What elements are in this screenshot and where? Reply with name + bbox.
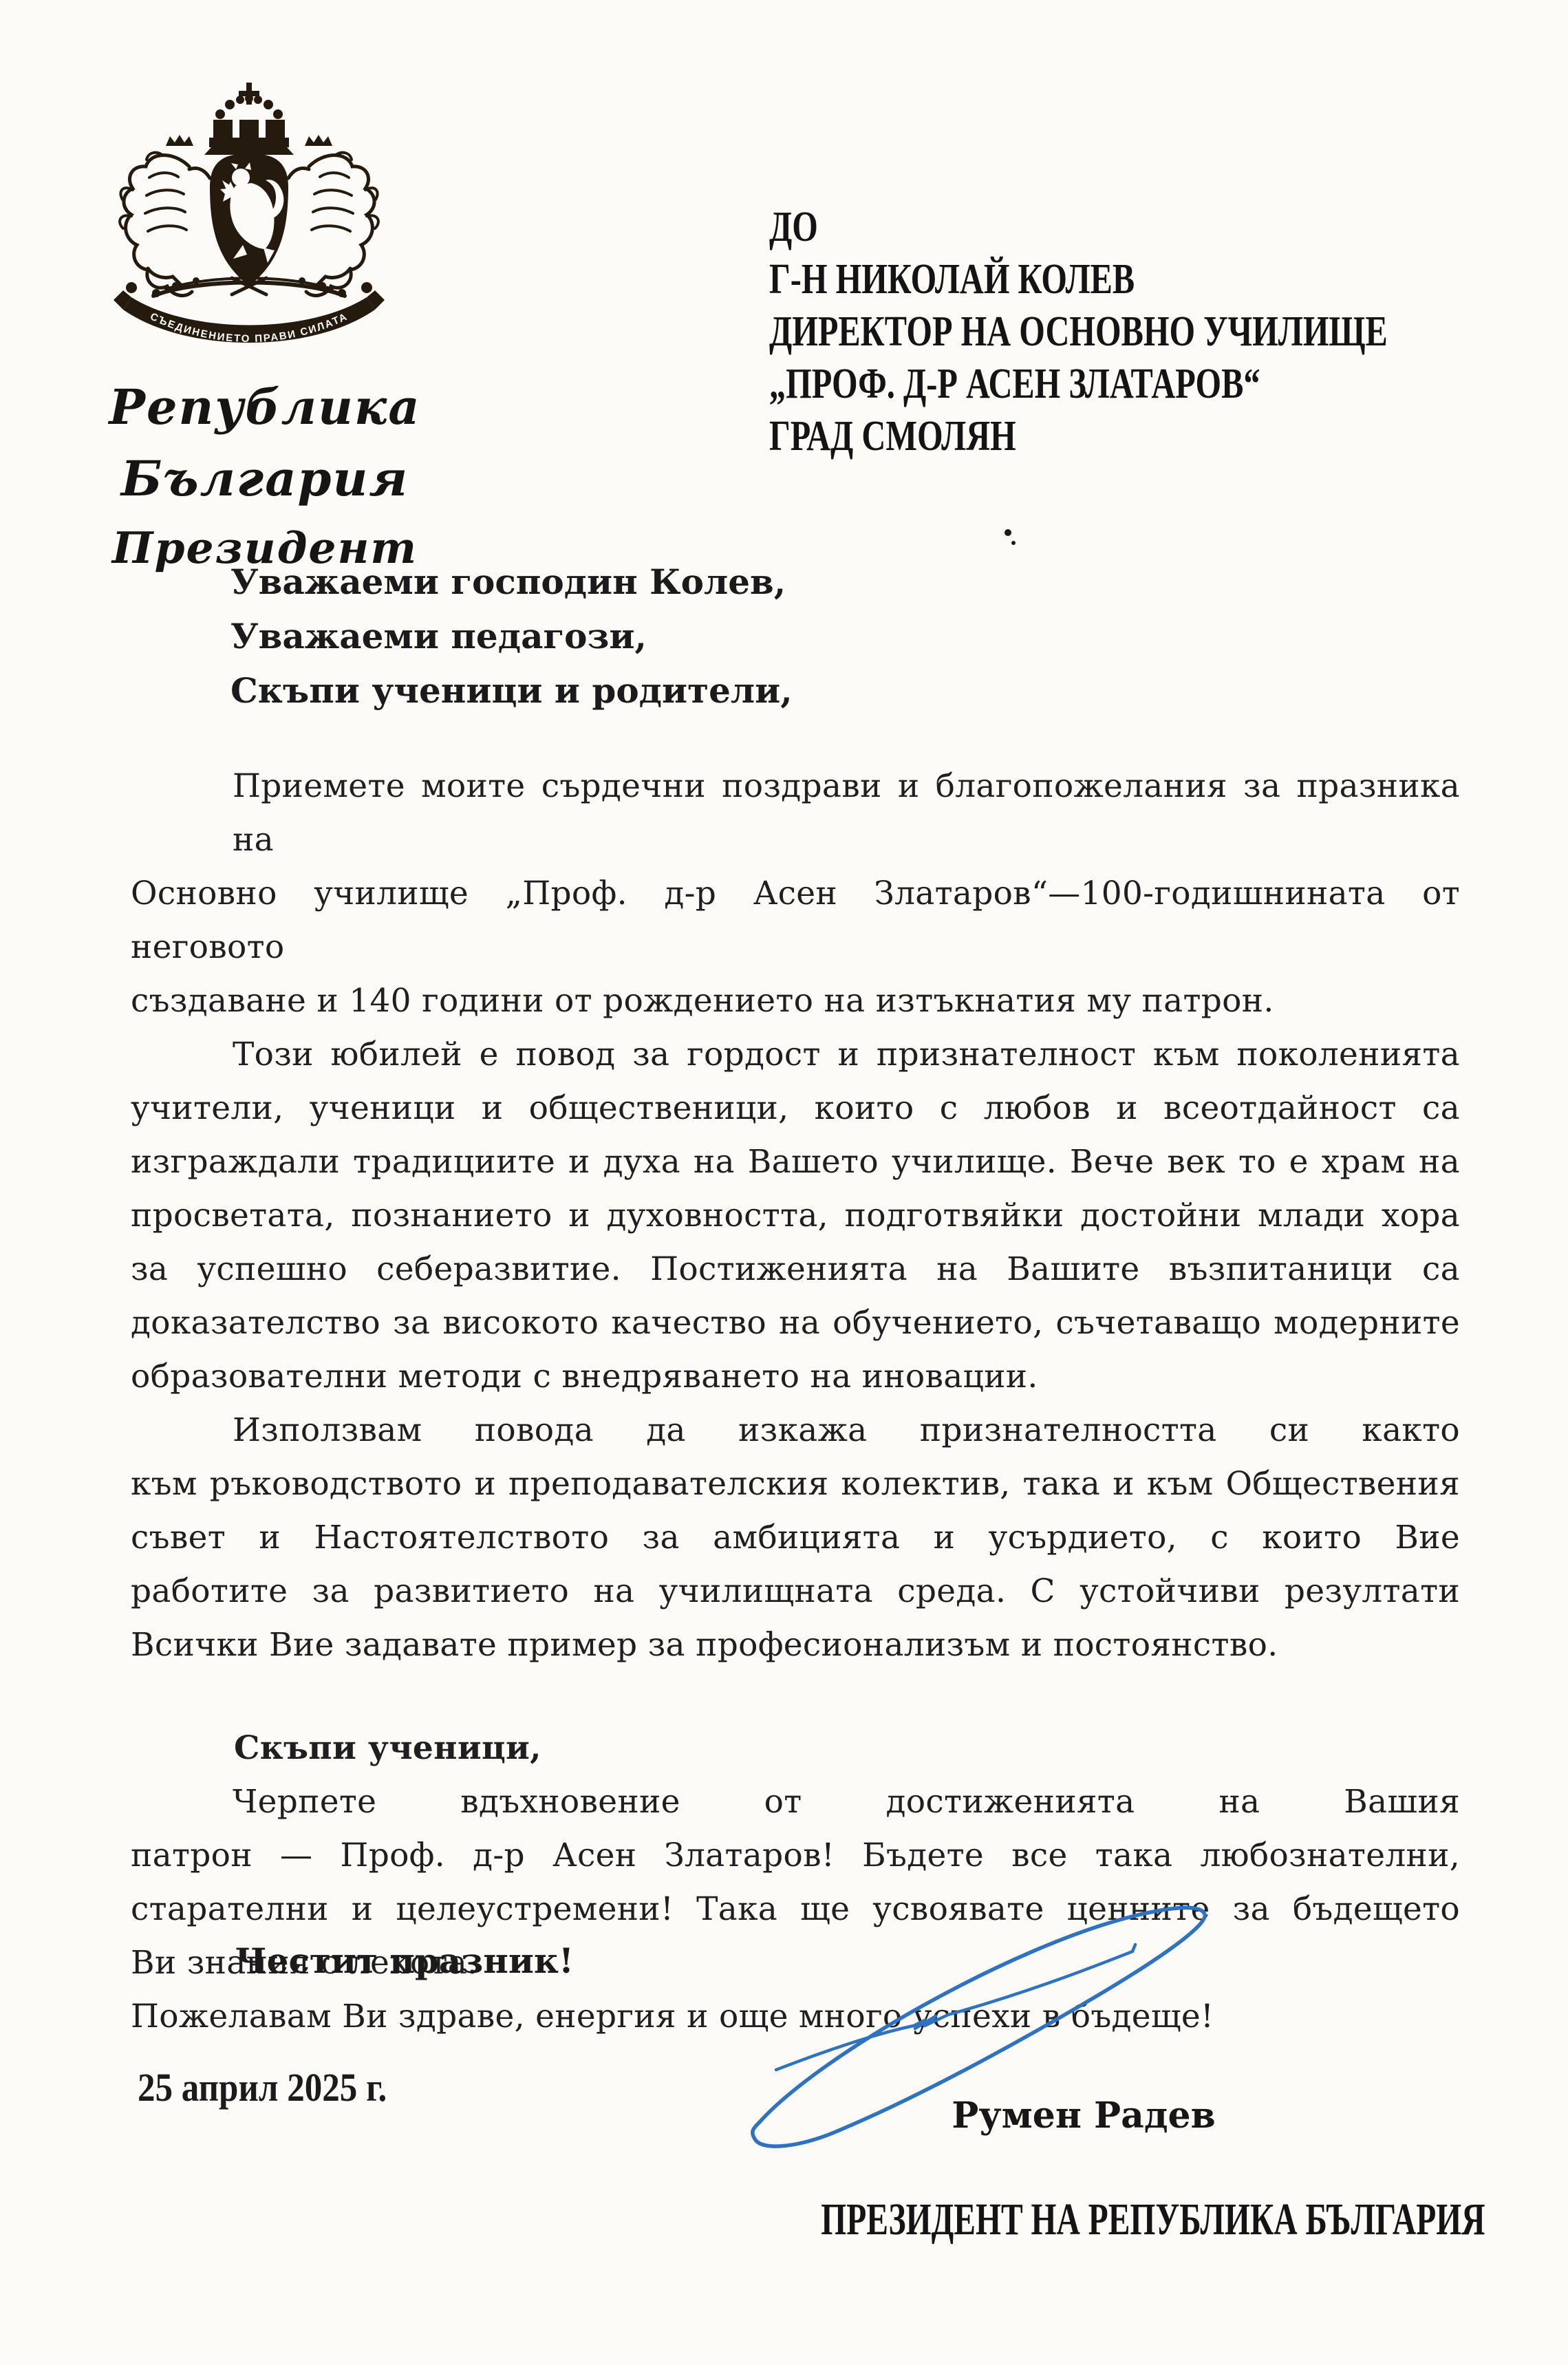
body-line: създаване и 140 години от рождението на …	[131, 974, 1460, 1028]
recipient-line-city: ГРАД СМОЛЯН	[769, 410, 1388, 462]
signer-title: ПРЕЗИДЕНТ НА РЕПУБЛИКА БЪЛГАРИЯ	[821, 2194, 1342, 2246]
salutation-line: Уважаеми господин Колев,	[230, 555, 793, 609]
body-line: Приемете моите сърдечни поздрави и благо…	[131, 760, 1460, 867]
salutation-line: Скъпи ученици и родители,	[230, 663, 793, 718]
ink-speck	[1011, 541, 1016, 545]
recipient-line-to: ДО	[769, 201, 1388, 253]
body-line: към ръководството и преподавателския кол…	[131, 1457, 1460, 1511]
body-line: за успешно себеразвитие. Постиженията на…	[131, 1243, 1460, 1296]
salutation-block: Уважаеми господин Колев, Уважаеми педаго…	[230, 555, 793, 718]
body-line: Този юбилей е повод за гордост и признат…	[131, 1028, 1460, 1082]
paragraph-greeting: Приемете моите сърдечни поздрави и благо…	[131, 760, 1460, 1028]
body-line: патрон — Проф. д-р Асен Златаров! Бъдете…	[131, 1829, 1460, 1883]
body-line: доказателство за високото качество на об…	[131, 1296, 1460, 1350]
body-line: учители, ученици и общественици, които с…	[131, 1082, 1460, 1135]
recipient-line-school: „ПРОФ. Д-Р АСЕН ЗЛАТАРОВ“	[769, 358, 1388, 410]
students-heading: Скъпи ученици,	[131, 1722, 1460, 1775]
letter-page: { "colors": { "paper": "#fcfbf7", "text_…	[0, 0, 1568, 2365]
body-line: съвет и Настоятелството за амбицията и у…	[131, 1511, 1460, 1565]
salutation-line: Уважаеми педагози,	[230, 609, 793, 663]
body-line: работите за развитието на училищната сре…	[131, 1565, 1460, 1618]
body-line: Всички Вие задавате пример за професиона…	[131, 1618, 1460, 1672]
signer-name: Румен Радев	[857, 2095, 1311, 2137]
recipient-block: ДО Г-Н НИКОЛАЙ КОЛЕВ ДИРЕКТОР НА ОСНОВНО…	[769, 201, 1388, 462]
paragraph-gratitude: Използвам повода да изкажа признателност…	[131, 1404, 1460, 1672]
body-line: образователни методи с внедряването на и…	[131, 1350, 1460, 1404]
body-line: изграждали традициите и духа на Вашето у…	[131, 1135, 1460, 1189]
ink-speck	[1005, 529, 1011, 536]
closing-line: Честит празник!	[235, 1940, 574, 1981]
letterhead-country: Република България	[41, 372, 488, 515]
letter-body: Приемете моите сърдечни поздрави и благо…	[131, 760, 1460, 2044]
supporter-lion-left	[120, 153, 210, 296]
recipient-line-name: Г-Н НИКОЛАЙ КОЛЕВ	[769, 253, 1388, 306]
body-line: просветата, познанието и духовността, по…	[131, 1189, 1460, 1243]
recipient-line-position: ДИРЕКТОР НА ОСНОВНО УЧИЛИЩЕ	[769, 306, 1388, 358]
body-line: Използвам повода да изкажа признателност…	[131, 1404, 1460, 1457]
bulgaria-coat-of-arms: СЪЕДИНЕНИЕТО ПРАВИ СИЛАТА	[107, 81, 391, 356]
body-line: Черпете вдъхновение от достиженията на В…	[131, 1775, 1460, 1829]
body-line: Основно училище „Проф. д-р Асен Златаров…	[131, 867, 1460, 974]
paragraph-jubilee: Този юбилей е повод за гордост и признат…	[131, 1028, 1460, 1404]
letterhead: Република България Президент	[41, 372, 488, 581]
date-line: 25 април 2025 г.	[138, 2064, 387, 2110]
